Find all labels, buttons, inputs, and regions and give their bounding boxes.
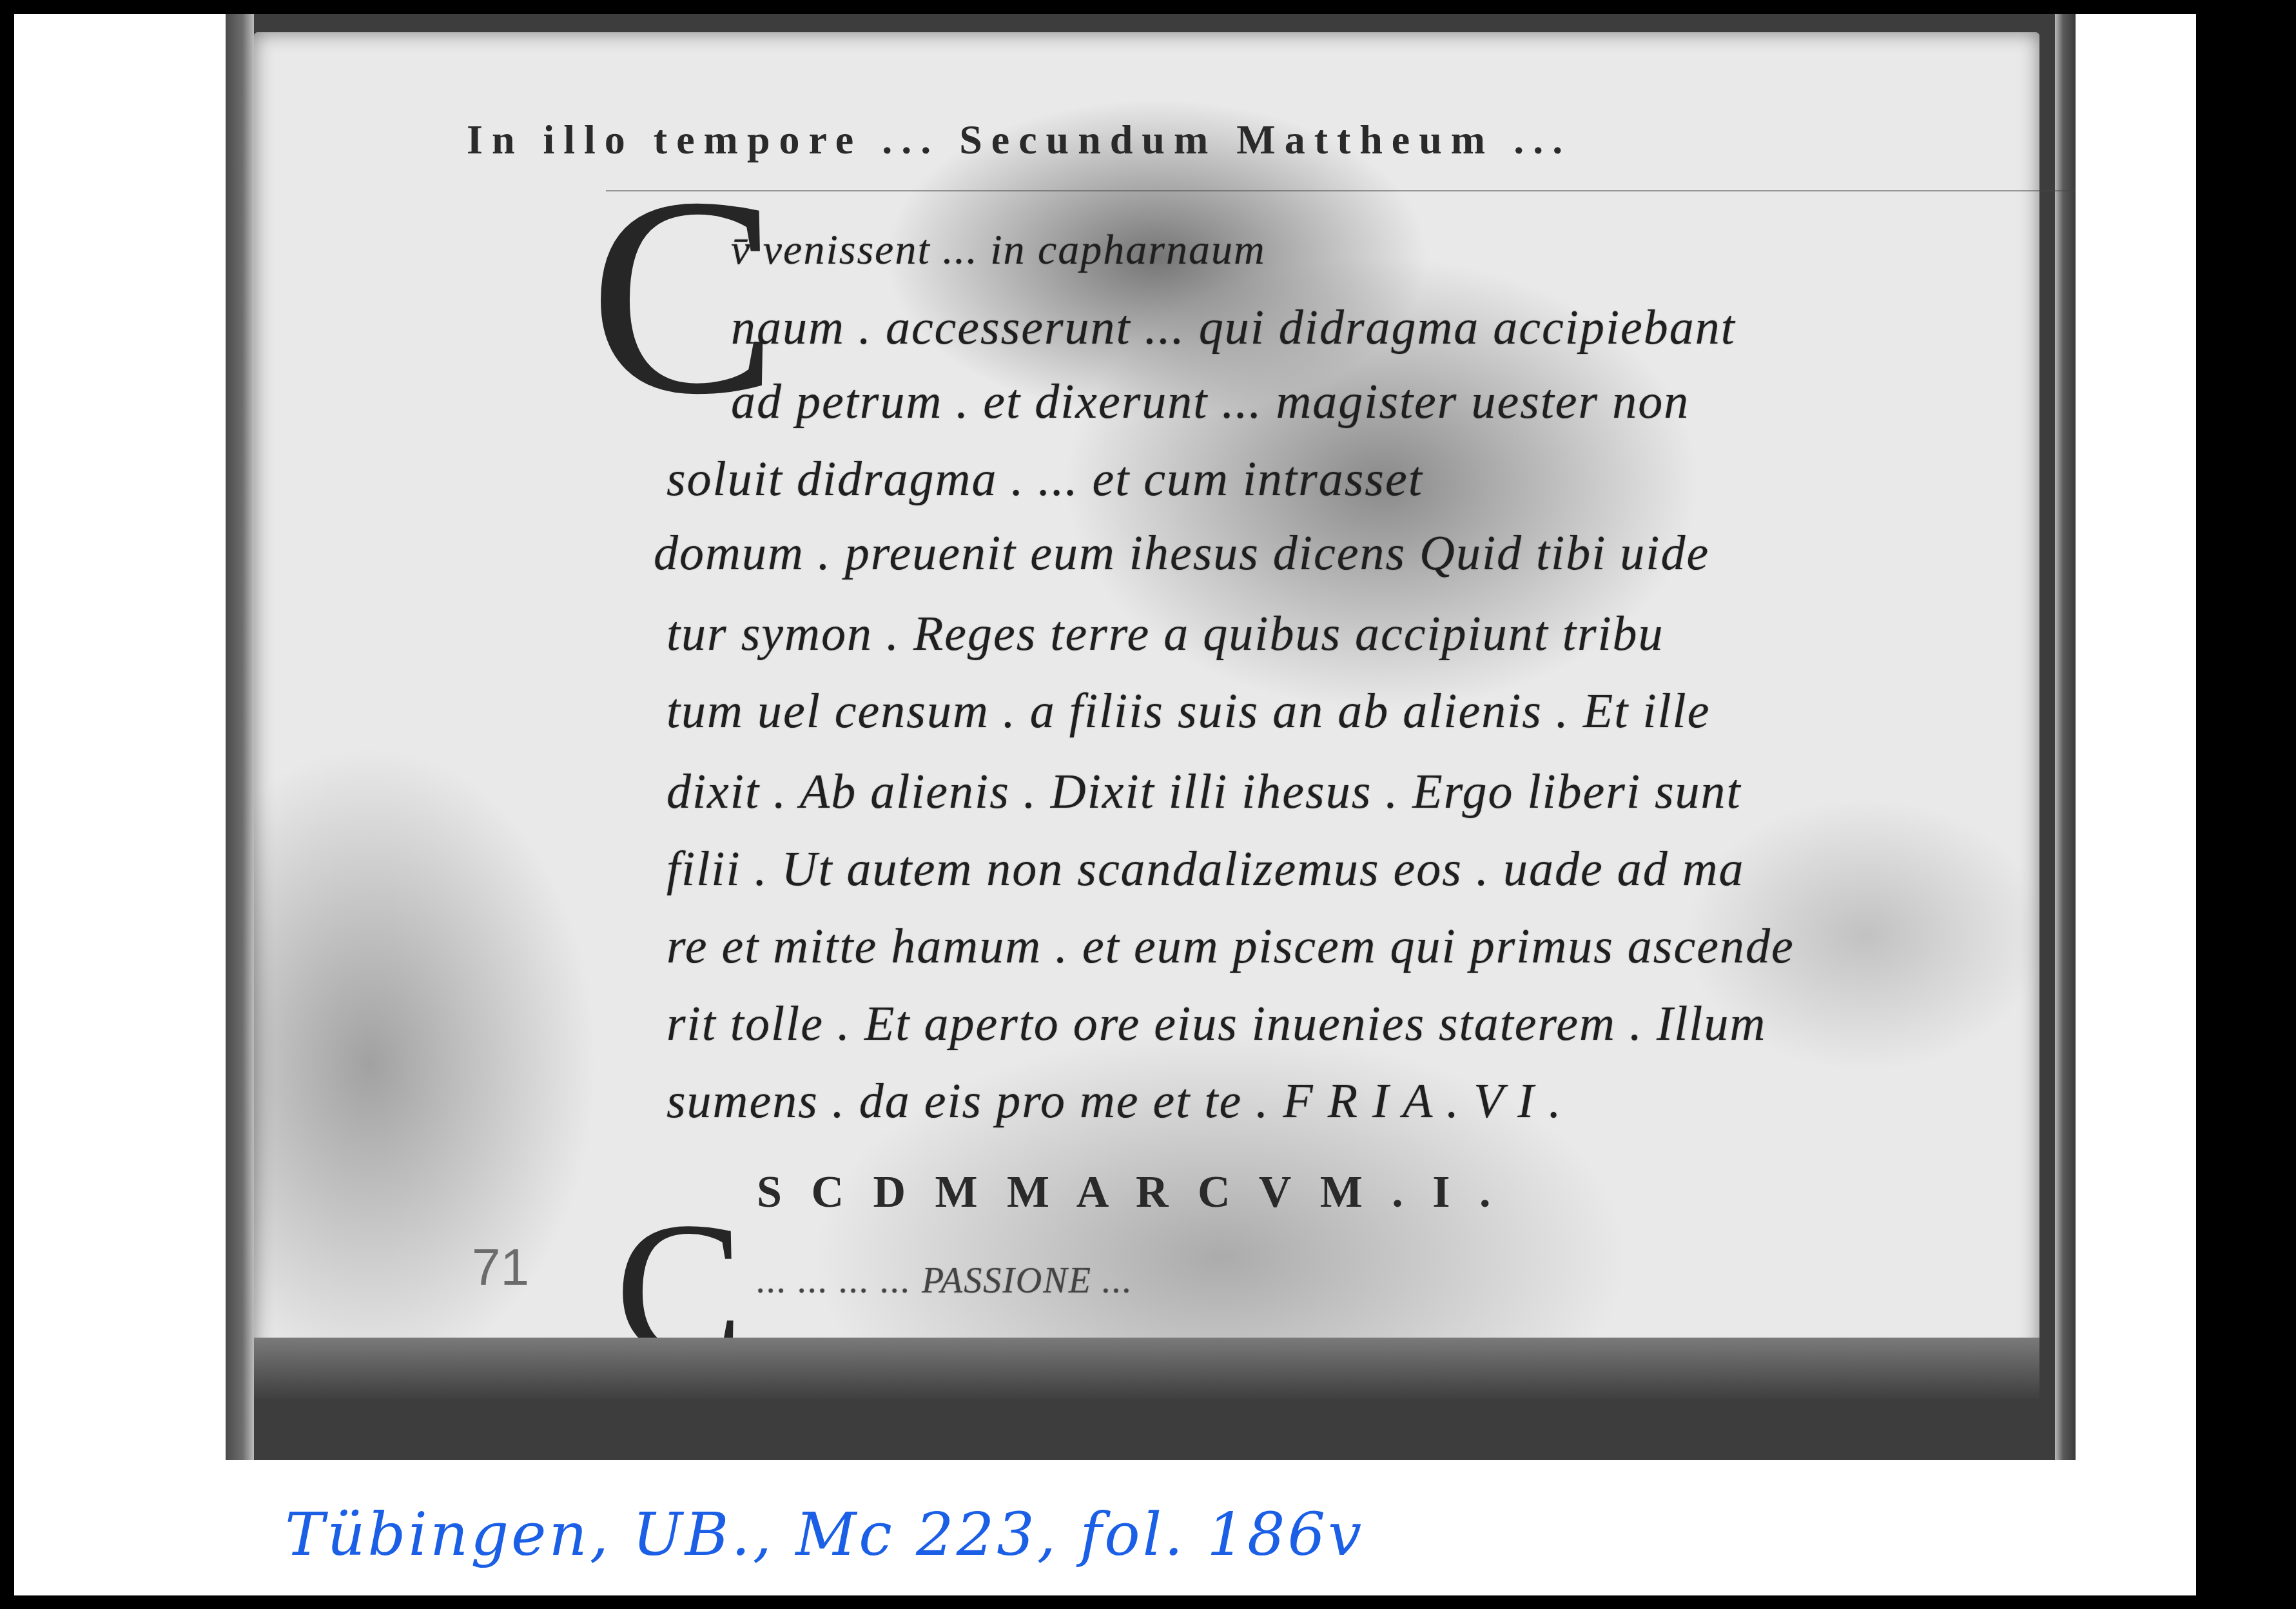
manuscript-line-2: naum . accesserunt ... qui didragma acci…: [731, 300, 1736, 356]
manuscript-line-9: filii . Ut autem non scandalizemus eos .…: [666, 841, 1745, 897]
manuscript-line-1: v̄ venissent ... in capharnaum: [731, 226, 1266, 275]
manuscript-leaf: In illo tempore ... Secundum Mattheum ..…: [254, 32, 2039, 1399]
handwritten-caption: Tübingen, UB., Mc 223, fol. 186v: [285, 1500, 1364, 1569]
section-heading: S C D M M A R C V M . I .: [757, 1167, 1499, 1218]
binding-edge-left: [226, 14, 254, 1460]
photo-mount-sheet: In illo tempore ... Secundum Mattheum ..…: [14, 14, 2196, 1595]
manuscript-line-11: rit tolle . Et aperto ore eius inuenies …: [666, 996, 1766, 1052]
manuscript-line-6: tur symon . Reges terre a quibus accipiu…: [666, 606, 1664, 662]
manuscript-line-4: soluit didragma . ... et cum intrasset: [666, 451, 1423, 507]
binding-edge-right: [2055, 14, 2076, 1460]
manuscript-line-8: dixit . Ab alienis . Dixit illi ihesus .…: [666, 764, 1742, 820]
ruling-line: [606, 190, 2076, 191]
book-edge-bottom: [254, 1338, 2039, 1399]
manuscript-line-3: ad petrum . et dixerunt ... magister ues…: [731, 374, 1689, 430]
manuscript-line-7: tum uel censum . a filiis suis an ab ali…: [666, 683, 1710, 739]
margin-foliation-note: 71: [472, 1238, 529, 1297]
manuscript-bottom-line: ... ... ... ... PASSIONE ...: [757, 1260, 1133, 1302]
manuscript-line-10: re et mitte hamum . et eum piscem qui pr…: [666, 919, 1795, 975]
manuscript-line-12: sumens . da eis pro me et te . F R I A .…: [666, 1073, 1562, 1129]
manuscript-line-5: domum . preuenit eum ihesus dicens Quid …: [654, 525, 1709, 581]
manuscript-photograph: In illo tempore ... Secundum Mattheum ..…: [226, 14, 2076, 1460]
